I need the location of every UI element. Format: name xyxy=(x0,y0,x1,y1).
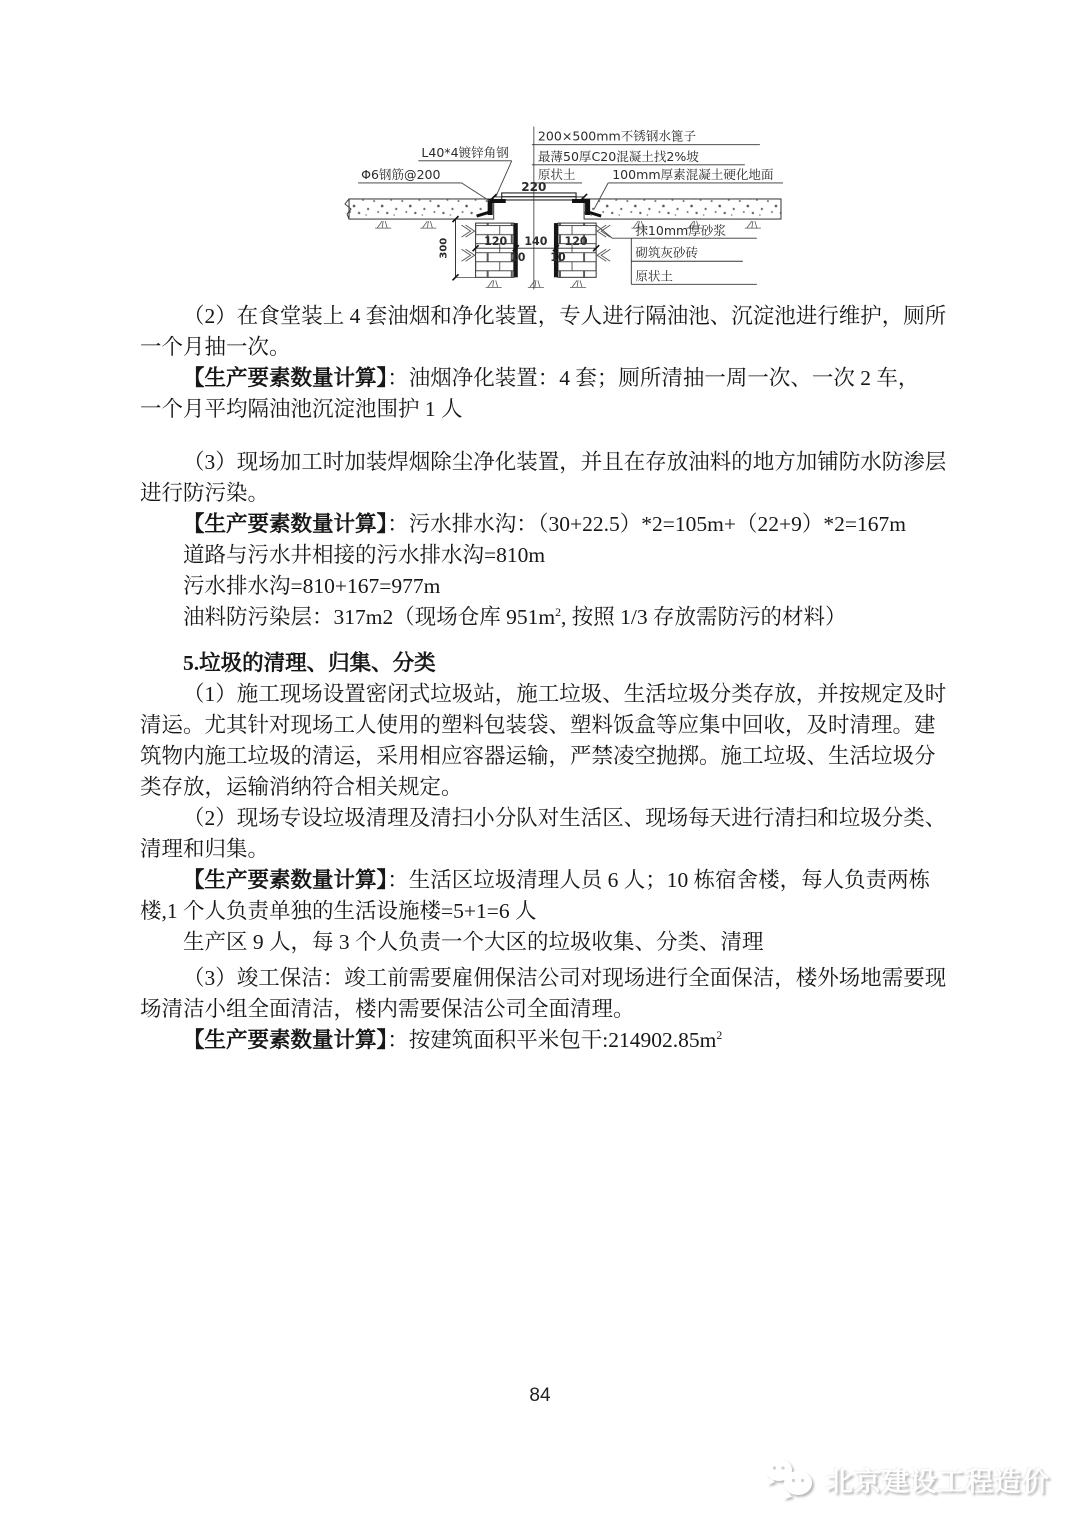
text-line: 【生产要素数量计算】：生活区垃圾清理人员 6 人；10 栋宿舍楼，每人负责两栋 xyxy=(140,865,972,896)
watermark: 北京建设工程造价 xyxy=(762,1456,1050,1502)
dim-140-label: 140 xyxy=(524,235,547,248)
text-line: 油料防污染层：317m2（现场仓库 951m2, 按照 1/3 存放需防污的材料… xyxy=(140,602,972,633)
dim-10-left-label: 10 xyxy=(510,251,526,264)
text-line: 类存放，运输消纳符合相关规定。 xyxy=(140,772,972,803)
label-hardened-ground: 100mm厚素混凝土硬化地面 xyxy=(612,167,774,182)
label-mortar: 抹10mm厚砂浆 xyxy=(635,223,726,238)
brick-wall-right xyxy=(554,223,596,277)
diagram-left-labels: L40*4镀锌角钢 Φ6钢筋@200 xyxy=(358,145,512,201)
label-steel-grate: 200×500mm不锈钢水篦子 xyxy=(538,129,697,144)
paragraph: （3）竣工保洁：竣工前需要雇佣保洁公司对现场进行全面保洁，楼外场地需要现场清洁小… xyxy=(140,963,972,1056)
text-line: 生产区 9 人，每 3 个人负责一个大区的垃圾收集、分类、清理 xyxy=(140,927,972,958)
label-undisturbed-soil-top: 原状土 xyxy=(538,167,576,182)
paragraph: （2）在食堂装上 4 套油烟和净化装置，专人进行隔油池、沉淀池进行维护，厕所一个… xyxy=(140,301,972,425)
label-undisturbed-soil-bottom: 原状土 xyxy=(635,268,673,283)
paragraph: （3）现场加工时加装焊烟除尘净化装置，并且在存放油料的地方加铺防水防渗层进行防污… xyxy=(140,447,972,633)
text-line: 一个月抽一次。 xyxy=(140,332,972,363)
dim-10-right-label: 10 xyxy=(550,251,566,264)
label-angle-steel: L40*4镀锌角钢 xyxy=(421,145,509,160)
text-line: 清运。尤其针对现场工人使用的塑料包装袋、塑料饭盒等应集中回收，及时清理。建 xyxy=(140,710,972,741)
document-body: （2）在食堂装上 4 套油烟和净化装置，专人进行隔油池、沉淀池进行维护，厕所一个… xyxy=(140,301,972,1056)
text-line: 5.垃圾的清理、归集、分类 xyxy=(140,648,972,679)
dim-220-label: 220 xyxy=(521,180,546,194)
text-line: 进行防污染。 xyxy=(140,478,972,509)
label-concrete-slope: 最薄50厚C20混凝土找2%坡 xyxy=(538,149,699,164)
page-number: 84 xyxy=(0,1385,1080,1407)
watermark-brand: 北京建设工程造价 xyxy=(826,1460,1050,1499)
label-lime-sand-brick: 砌筑灰砂砖 xyxy=(635,245,698,260)
text-line: （3）现场加工时加装焊烟除尘净化装置，并且在存放油料的地方加铺防水防渗层 xyxy=(140,447,972,478)
text-line: 道路与污水井相接的污水排水沟=810m xyxy=(140,540,972,571)
dim-300: 300 xyxy=(438,216,475,280)
concrete-slab xyxy=(345,199,781,219)
paragraph: 5.垃圾的清理、归集、分类（1）施工现场设置密闭式垃圾站，施工垃圾、生活垃圾分类… xyxy=(140,648,972,958)
steel-grate xyxy=(502,193,576,200)
drainage-channel-diagram: 220 120 140 120 10 10 300 xyxy=(343,116,785,296)
text-line: （2）在食堂装上 4 套油烟和净化装置，专人进行隔油池、沉淀池进行维护，厕所 xyxy=(140,301,972,332)
label-rebar: Φ6钢筋@200 xyxy=(361,167,440,182)
text-line: 楼,1 个人负责单独的生活设施楼=5+1=6 人 xyxy=(140,896,972,927)
text-line: 污水排水沟=810+167=977m xyxy=(140,571,972,602)
text-line: 【生产要素数量计算】：按建筑面积平米包干:214902.85m2 xyxy=(140,1025,972,1056)
text-line: 【生产要素数量计算】：污水排水沟：（30+22.5）*2=105m+（22+9）… xyxy=(140,509,972,540)
text-line: 一个月平均隔油池沉淀池围护 1 人 xyxy=(140,394,972,425)
text-line: （1）施工现场设置密闭式垃圾站，施工垃圾、生活垃圾分类存放，并按规定及时 xyxy=(140,679,972,710)
dim-120-left-label: 120 xyxy=(484,235,507,248)
document-page: 220 120 140 120 10 10 300 xyxy=(0,0,1080,1527)
text-line: 【生产要素数量计算】：油烟净化装置：4 套；厕所清抽一周一次、一次 2 车， xyxy=(140,363,972,394)
text-line: 清理和归集。 xyxy=(140,834,972,865)
text-line: 场清洁小组全面清洁，楼内需要保洁公司全面清理。 xyxy=(140,994,972,1025)
dim-300-label: 300 xyxy=(438,238,449,259)
dim-120-right-label: 120 xyxy=(565,235,588,248)
wechat-icon xyxy=(762,1456,818,1502)
text-line: （3）竣工保洁：竣工前需要雇佣保洁公司对现场进行全面保洁，楼外场地需要现 xyxy=(140,963,972,994)
diagram-side-labels: 抹10mm厚砂浆 砌筑灰砂砖 原状土 xyxy=(596,223,757,284)
text-line: （2）现场专设垃圾清理及清扫小分队对生活区、现场每天进行清扫和垃圾分类、 xyxy=(140,803,972,834)
text-line: 筑物内施工垃圾的清运，采用相应容器运输，严禁凌空抛掷。施工垃圾、生活垃圾分 xyxy=(140,741,972,772)
brick-wall-left xyxy=(476,223,518,277)
